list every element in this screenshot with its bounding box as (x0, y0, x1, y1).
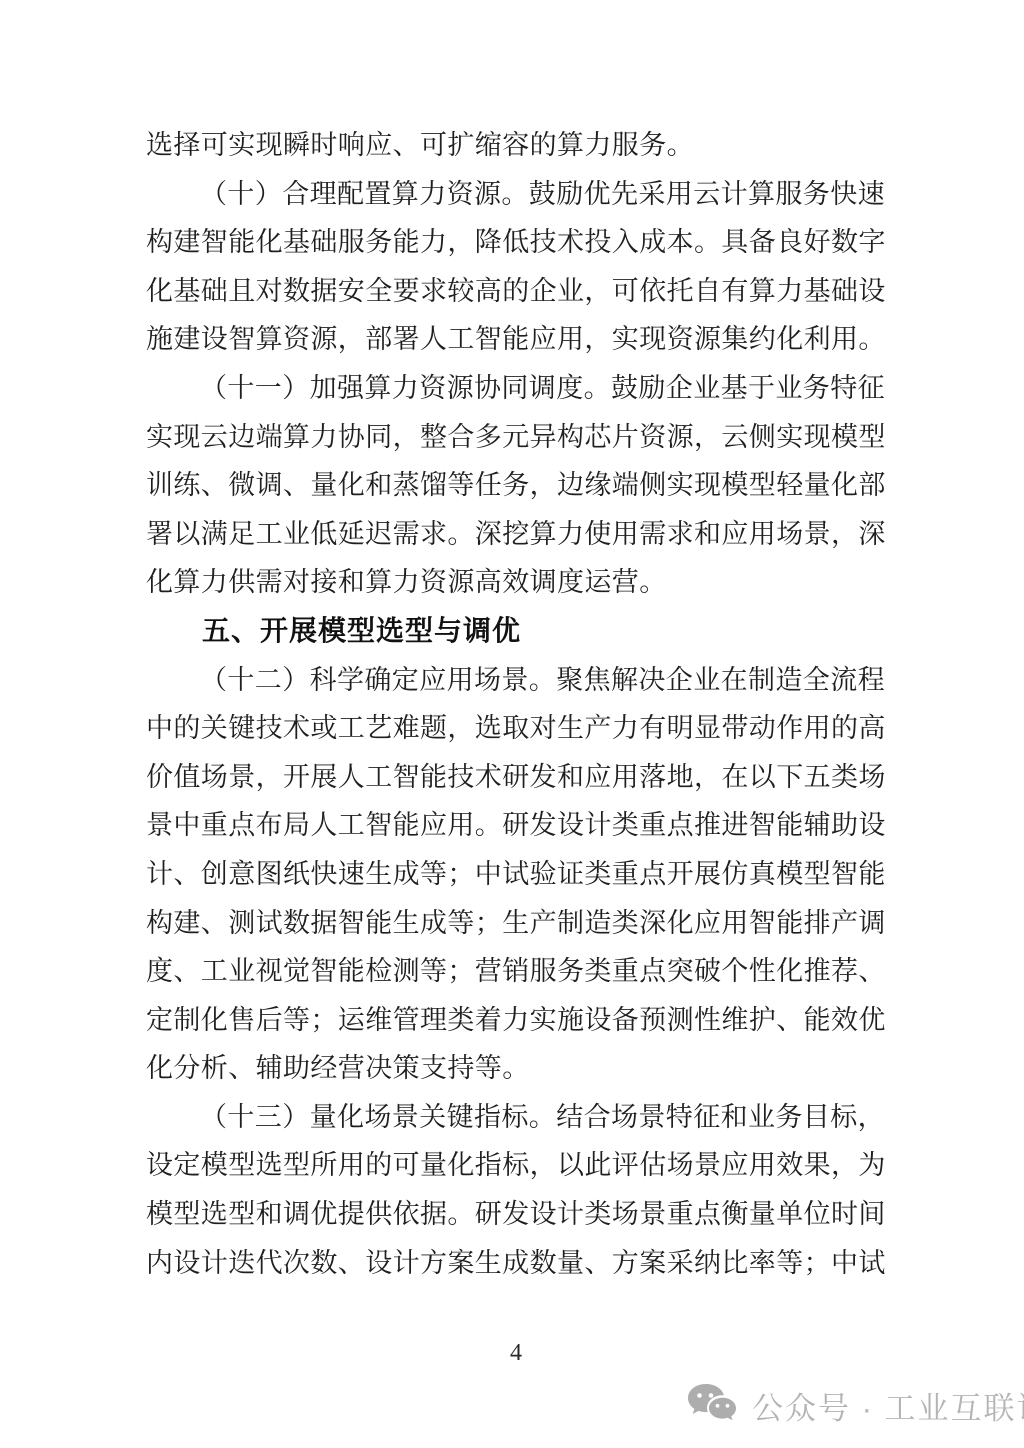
watermark: 公众号 · 工业互联说 (686, 1382, 1024, 1428)
text-line: 景中重点布局人工智能应用。研发设计类重点推进智能辅助设 (146, 801, 886, 850)
text-line: 度、工业视觉智能检测等；营销服务类重点突破个性化推荐、 (146, 947, 886, 996)
text-line: 构建智能化基础服务能力，降低技术投入成本。具备良好数字 (146, 218, 886, 267)
text-line: 构建、测试数据智能生成等；生产制造类深化应用智能排产调 (146, 899, 886, 948)
text-line: 化算力供需对接和算力资源高效调度运营。 (146, 558, 886, 607)
text-line: （十二）科学确定应用场景。聚焦解决企业在制造全流程 (146, 656, 886, 705)
document-body: 选择可实现瞬时响应、可扩缩容的算力服务。（十）合理配置算力资源。鼓励优先采用云计… (146, 121, 886, 1287)
page-number: 4 (146, 1340, 886, 1367)
text-line: 模型选型和调优提供依据。研发设计类场景重点衡量单位时间 (146, 1190, 886, 1239)
text-line: 化分析、辅助经营决策支持等。 (146, 1044, 886, 1093)
section-heading: 五、开展模型选型与调优 (146, 607, 886, 656)
text-line: （十）合理配置算力资源。鼓励优先采用云计算服务快速 (146, 170, 886, 219)
text-line: 化基础且对数据安全要求较高的企业，可依托自有算力基础设 (146, 267, 886, 316)
watermark-text: 公众号 · 工业互联说 (752, 1383, 1024, 1428)
text-line: 实现云边端算力协同，整合多元异构芯片资源，云侧实现模型 (146, 413, 886, 462)
text-line: 训练、微调、量化和蒸馏等任务，边缘端侧实现模型轻量化部 (146, 461, 886, 510)
text-line: 设定模型选型所用的可量化指标，以此评估场景应用效果，为 (146, 1141, 886, 1190)
document-page: 选择可实现瞬时响应、可扩缩容的算力服务。（十）合理配置算力资源。鼓励优先采用云计… (0, 0, 1024, 1448)
text-line: 计、创意图纸快速生成等；中试验证类重点开展仿真模型智能 (146, 850, 886, 899)
wechat-icon (686, 1382, 740, 1428)
text-line: 内设计迭代次数、设计方案生成数量、方案采纳比率等；中试 (146, 1239, 886, 1288)
text-line: （十三）量化场景关键指标。结合场景特征和业务目标， (146, 1093, 886, 1142)
text-line: 中的关键技术或工艺难题，选取对生产力有明显带动作用的高 (146, 704, 886, 753)
text-line: 署以满足工业低延迟需求。深挖算力使用需求和应用场景，深 (146, 510, 886, 559)
text-line: （十一）加强算力资源协同调度。鼓励企业基于业务特征 (146, 364, 886, 413)
text-line: 施建设智算资源，部署人工智能应用，实现资源集约化利用。 (146, 315, 886, 364)
text-line: 价值场景，开展人工智能技术研发和应用落地，在以下五类场 (146, 753, 886, 802)
text-line: 定制化售后等；运维管理类着力实施设备预测性维护、能效优 (146, 996, 886, 1045)
text-line: 选择可实现瞬时响应、可扩缩容的算力服务。 (146, 121, 886, 170)
